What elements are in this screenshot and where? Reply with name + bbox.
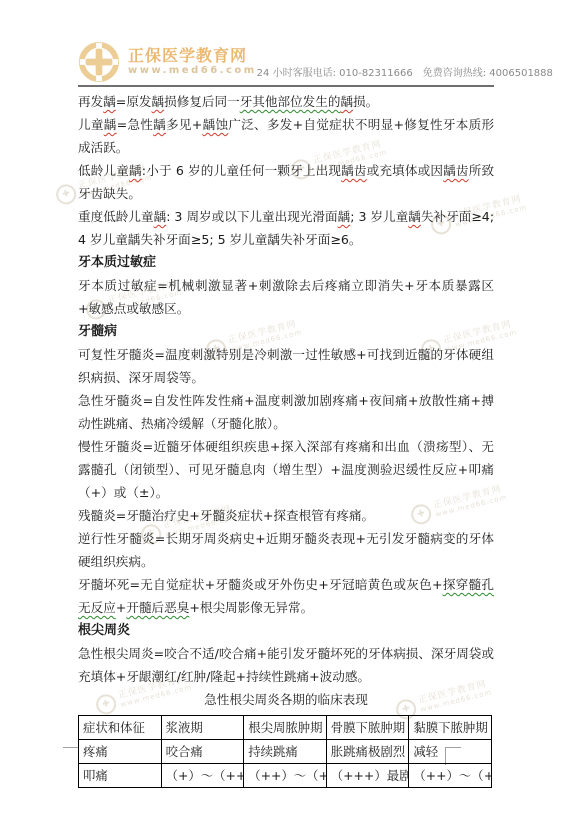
text-span: =原发 xyxy=(116,94,152,109)
paragraph: 慢性牙髓炎=近髓牙体硬组织疾患+探入深部有疼痛和出血（溃疡型）、无露髓孔（闭锁型… xyxy=(78,435,494,504)
table-cell: 持续跳痛 xyxy=(244,740,327,764)
text-span: : 3 周岁或以下儿童出现光滑面 xyxy=(166,209,337,224)
table-cell: 减轻 xyxy=(409,740,492,764)
text-span: +根尖周影像无异常。 xyxy=(189,600,313,615)
text-span: 牙本质过敏症=机械刺激显著+刺激除去后疼痛立即消失+牙本质暴露区+敏感点或敏感区… xyxy=(78,278,494,316)
spellcheck-red-span: 龋 xyxy=(340,94,353,109)
spellcheck-red-span: 龋齿 xyxy=(443,163,469,178)
paragraph: 可复性牙髓炎=温度刺激特别是冷刺激一过性敏感+可找到近髓的牙体硬组织病损、深牙周… xyxy=(78,343,494,389)
text-span: 损修复后同一 xyxy=(164,94,240,109)
paragraph: 牙本质过敏症=机械刺激显著+刺激除去后疼痛立即消失+牙本质暴露区+敏感点或敏感区… xyxy=(78,274,494,320)
text-span: 逆行性牙髓炎=长期牙周炎病史+近期牙髓炎表现+无引发牙髓病变的牙体硬组织疾病。 xyxy=(78,531,494,569)
table-header-row: 症状和体征浆液期根尖周脓肿期骨膜下脓肿期黏膜下脓肿期 xyxy=(79,716,492,740)
text-span: =急性 xyxy=(117,117,154,132)
spellcheck-green-span: 牙其他部位发生的 xyxy=(240,94,341,109)
margin-mark-bottom-left xyxy=(63,747,79,765)
spellcheck-red-span: 龋 xyxy=(152,94,165,109)
table-header-cell: 黏膜下脓肿期 xyxy=(409,716,492,740)
table-header-cell: 浆液期 xyxy=(161,716,244,740)
spellcheck-red-span: 龋齿 xyxy=(341,163,367,178)
text-span: 慢性牙髓炎=近髓牙体硬组织疾患+探入深部有疼痛和出血（溃疡型）、无露髓孔（闭锁型… xyxy=(78,439,494,500)
text-span: + xyxy=(116,600,127,615)
brand-url: www.med66.com xyxy=(128,65,257,77)
table-cell: 胀跳痛极剧烈 xyxy=(326,740,409,764)
clinical-table: 症状和体征浆液期根尖周脓肿期骨膜下脓肿期黏膜下脓肿期疼痛咬合痛持续跳痛胀跳痛极剧… xyxy=(78,715,492,788)
header-divider xyxy=(78,85,494,87)
text-span: 再发 xyxy=(78,94,103,109)
paragraph: 再发龋=原发龋损修复后同一牙其他部位发生的龋损。 xyxy=(78,90,494,113)
spellcheck-red-span: 龋蚀 xyxy=(202,117,228,132)
table-header-cell: 症状和体征 xyxy=(79,716,162,740)
table-cell: （++）～（+++） xyxy=(244,764,327,788)
text-span: 急性牙髓炎=自发性阵发性痛+温度刺激加剧疼痛+夜间痛+放散性痛+搏动性跳痛、热痛… xyxy=(78,393,494,431)
watermark-logo-icon: ✚ xyxy=(54,182,78,206)
paragraph: 逆行性牙髓炎=长期牙周炎病史+近期牙髓炎表现+无引发牙髓病变的牙体硬组织疾病。 xyxy=(78,527,494,573)
table-row: 叩痛（+）～（++）（++）～（+++）（+++）最剧烈（++）～（+） xyxy=(79,764,492,788)
text-span: 儿童 xyxy=(78,117,104,132)
contact-info: 24 小时客服电话: 010-82311666 免费咨询热线: 40065018… xyxy=(257,64,553,83)
spellcheck-red-span: 龋 xyxy=(408,209,421,224)
text-span: 可复性牙髓炎=温度刺激特别是冷刺激一过性敏感+可找到近髓的牙体硬组织病损、深牙周… xyxy=(78,347,494,385)
section-heading: 牙髓病 xyxy=(78,320,494,343)
table-cell: （+）～（++） xyxy=(161,764,244,788)
text-span: 牙髓坏死=无自觉症状+牙髓炎或牙外伤史+牙冠暗黄色或灰色+ xyxy=(78,577,443,592)
table-header-cell: 骨膜下脓肿期 xyxy=(326,716,409,740)
paragraph: 残髓炎=牙髓治疗史+牙髓炎症状+探查根管有疼痛。 xyxy=(78,504,494,527)
text-span: 低龄儿童 xyxy=(78,163,129,178)
spellcheck-red-span: 龋 xyxy=(103,94,116,109)
text-span: :小于 6 岁的儿童任何一颗牙上出现 xyxy=(142,163,341,178)
page-header: 正保医学教育网 www.med66.com 24 小时客服电话: 010-823… xyxy=(78,33,494,83)
text-span: 损。 xyxy=(353,94,378,109)
table-row: 疼痛咬合痛持续跳痛胀跳痛极剧烈减轻 xyxy=(79,740,492,764)
table-cell: （++）～（+） xyxy=(409,764,492,788)
paragraph: 重度低龄儿童龋: 3 周岁或以下儿童出现光滑面龋; 3 岁儿童龋失补牙面≥4; … xyxy=(78,205,494,251)
spellcheck-red-span: 龋 xyxy=(338,209,351,224)
table-cell: 咬合痛 xyxy=(161,740,244,764)
text-span: 残髓炎=牙髓治疗史+牙髓炎症状+探查根管有疼痛。 xyxy=(78,508,374,523)
paragraph: 儿童龋=急性龋多见+龋蚀广泛、多发+自觉症状不明显+修复性牙本质形成活跃。 xyxy=(78,113,494,159)
table-cell: 疼痛 xyxy=(79,740,162,764)
section-heading: 牙本质过敏症 xyxy=(78,251,494,274)
spellcheck-red-span: 龋 xyxy=(154,209,167,224)
text-span: 多见+ xyxy=(166,117,202,132)
brand-name: 正保医学教育网 xyxy=(128,47,257,65)
spellcheck-red-span: 龋 xyxy=(153,117,166,132)
med66-logo-icon xyxy=(78,41,120,83)
spellcheck-red-span: 龋 xyxy=(104,117,117,132)
table-caption: 急性根尖周炎各期的临床表现 xyxy=(78,688,494,711)
paragraph: 牙髓坏死=无自觉症状+牙髓炎或牙外伤史+牙冠暗黄色或灰色+探穿髓孔无反应+开髓后… xyxy=(78,573,494,619)
spellcheck-green-span: 开髓后恶臭 xyxy=(126,600,189,615)
text-span: 急性根尖周炎=咬合不适/咬合痛+能引发牙髓坏死的牙体病损、深牙周袋或充填体+牙龈… xyxy=(78,646,494,684)
paragraph: 低龄儿童龋:小于 6 岁的儿童任何一颗牙上出现龋齿或充填体或因龋齿所致牙齿缺失。 xyxy=(78,159,494,205)
doc-body: 再发龋=原发龋损修复后同一牙其他部位发生的龋损。儿童龋=急性龋多见+龋蚀广泛、多… xyxy=(78,90,494,788)
section-heading: 根尖周炎 xyxy=(78,619,494,642)
brand-logo: 正保医学教育网 www.med66.com xyxy=(78,41,257,83)
paragraph: 急性根尖周炎=咬合不适/咬合痛+能引发牙髓坏死的牙体病损、深牙周袋或充填体+牙龈… xyxy=(78,642,494,688)
table-header-cell: 根尖周脓肿期 xyxy=(244,716,327,740)
spellcheck-red-span: 龋 xyxy=(129,163,142,178)
text-span: 重度低龄儿童 xyxy=(78,209,154,224)
paragraph: 急性牙髓炎=自发性阵发性痛+温度刺激加剧疼痛+夜间痛+放散性痛+搏动性跳痛、热痛… xyxy=(78,389,494,435)
table-cell: （+++）最剧烈 xyxy=(326,764,409,788)
text-span: 或充填体或因 xyxy=(367,163,444,178)
table-cell: 叩痛 xyxy=(79,764,162,788)
text-span: ; 3 岁儿童 xyxy=(350,209,408,224)
